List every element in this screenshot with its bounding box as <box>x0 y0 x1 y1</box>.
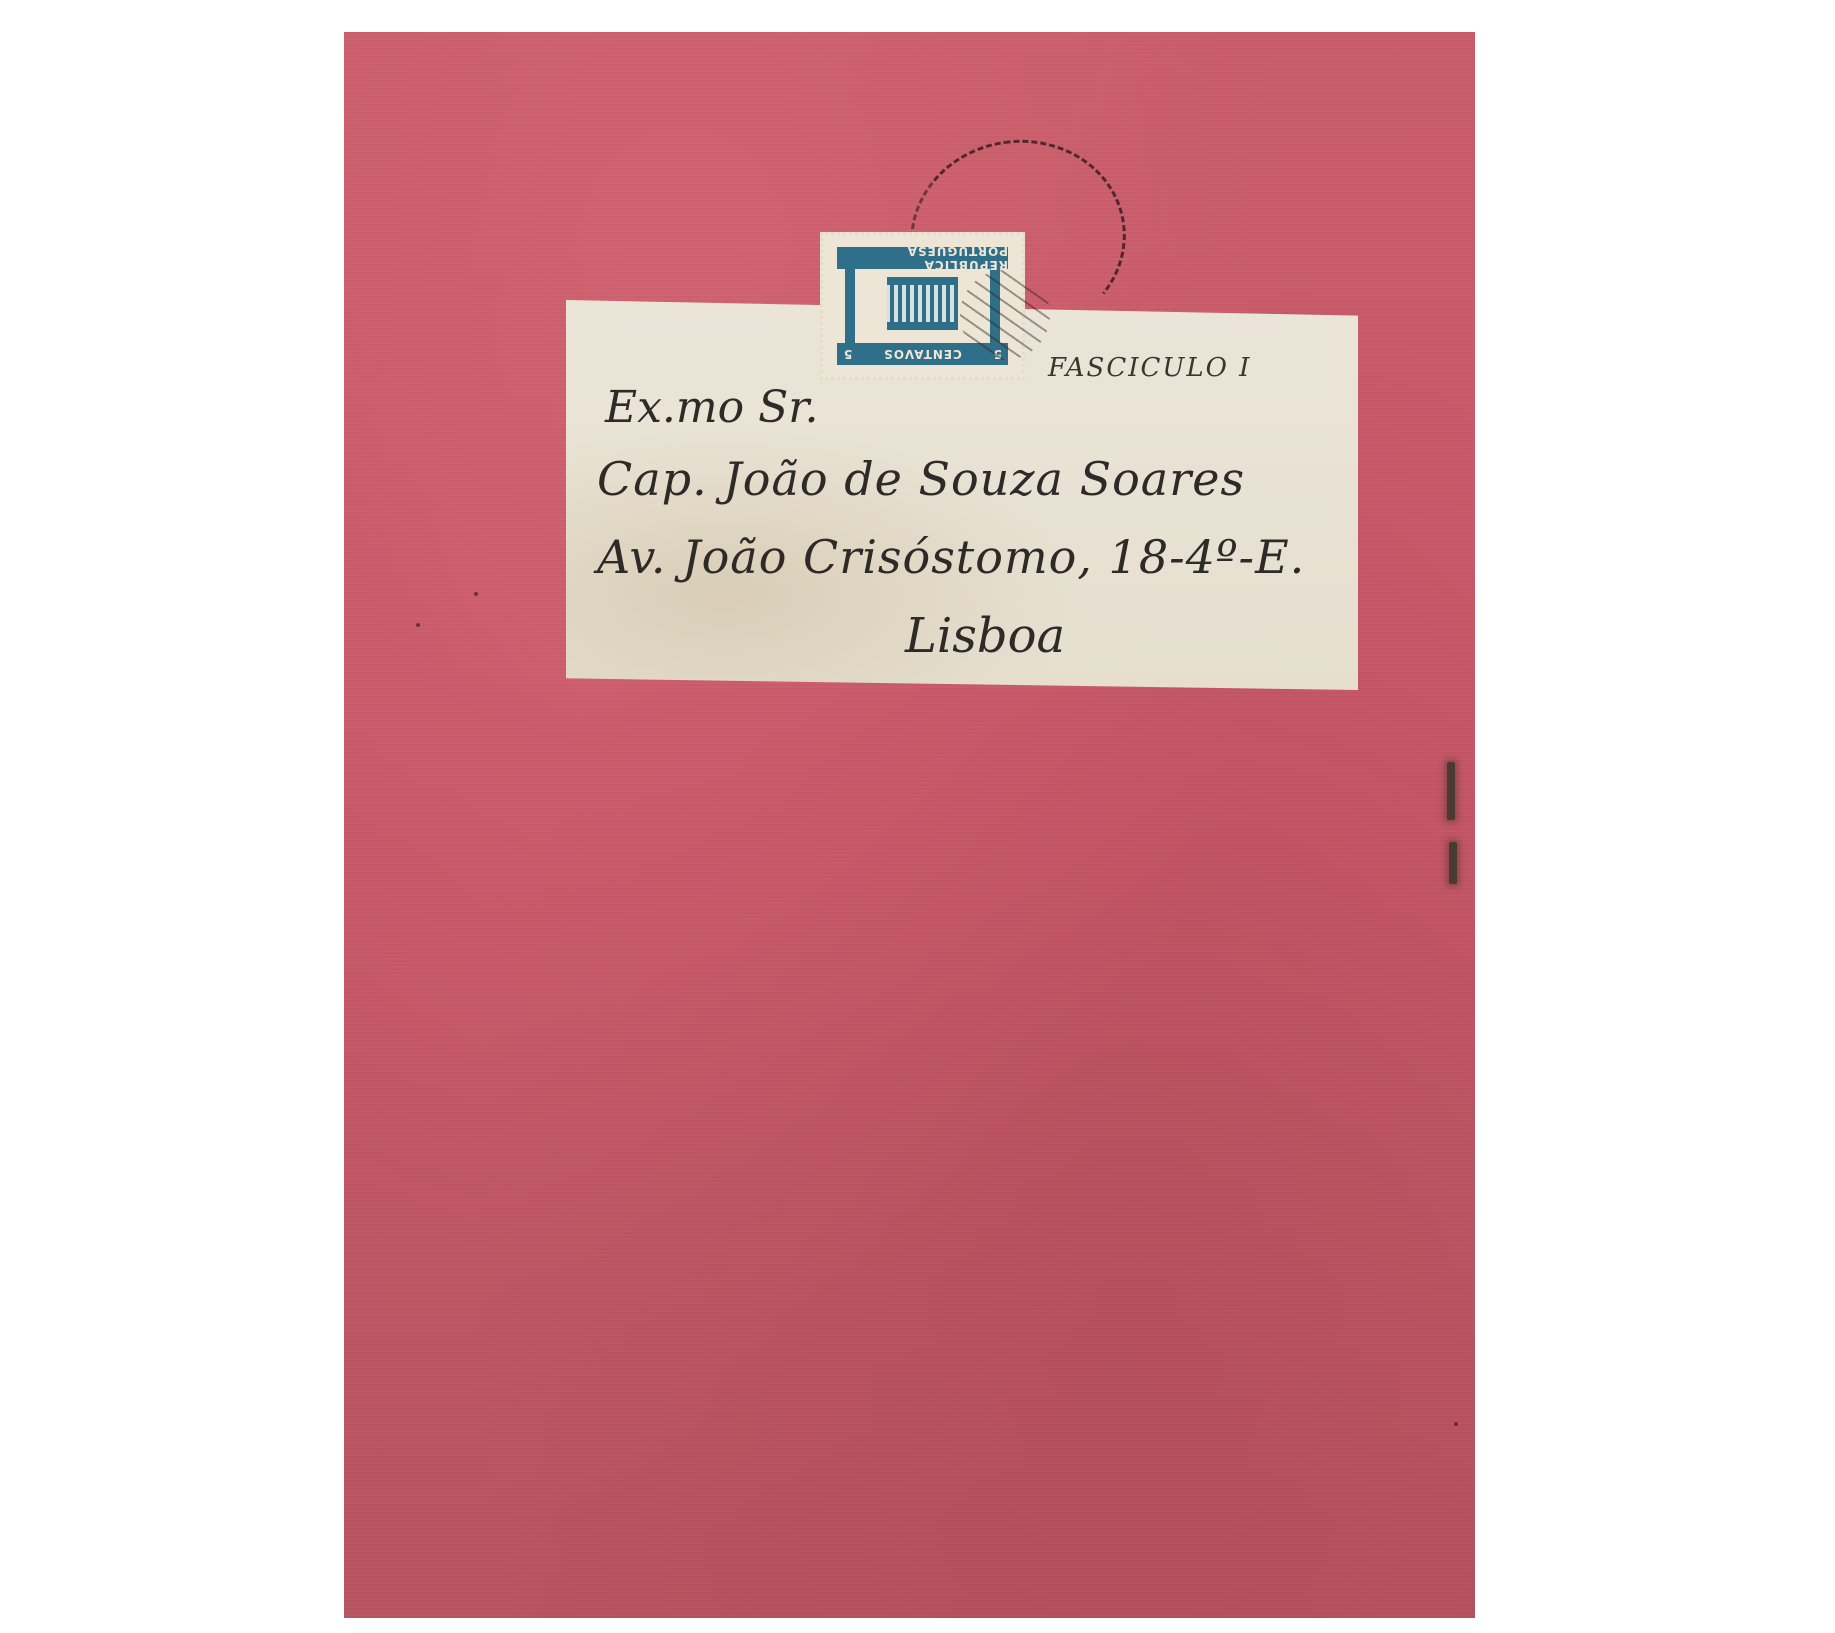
staple <box>1449 842 1457 884</box>
stamp-column-icon <box>845 269 855 343</box>
cancellation-lines <box>960 270 1050 360</box>
paper-speck <box>474 592 478 596</box>
address-city: Lisboa <box>905 608 1065 664</box>
stamp-value-numeral: 5 <box>843 347 852 361</box>
paper-speck <box>1454 1422 1458 1426</box>
stamp-country-band: REPUBLICA PORTUGUESA <box>837 247 1008 269</box>
paper-speck <box>416 623 420 627</box>
address-street: Av. João Crisóstomo, 18-4º-E. <box>597 530 1305 584</box>
monument-icon <box>887 277 958 330</box>
stamp-country: REPUBLICA PORTUGUESA <box>837 244 1008 272</box>
staple <box>1447 762 1455 820</box>
stamp-value-text: CENTAVOS <box>883 347 962 361</box>
address-salutation: Ex.mo Sr. <box>605 382 818 433</box>
fascicle-number: FASCICULO I <box>1048 353 1251 383</box>
address-name: Cap. João de Souza Soares <box>597 452 1245 506</box>
